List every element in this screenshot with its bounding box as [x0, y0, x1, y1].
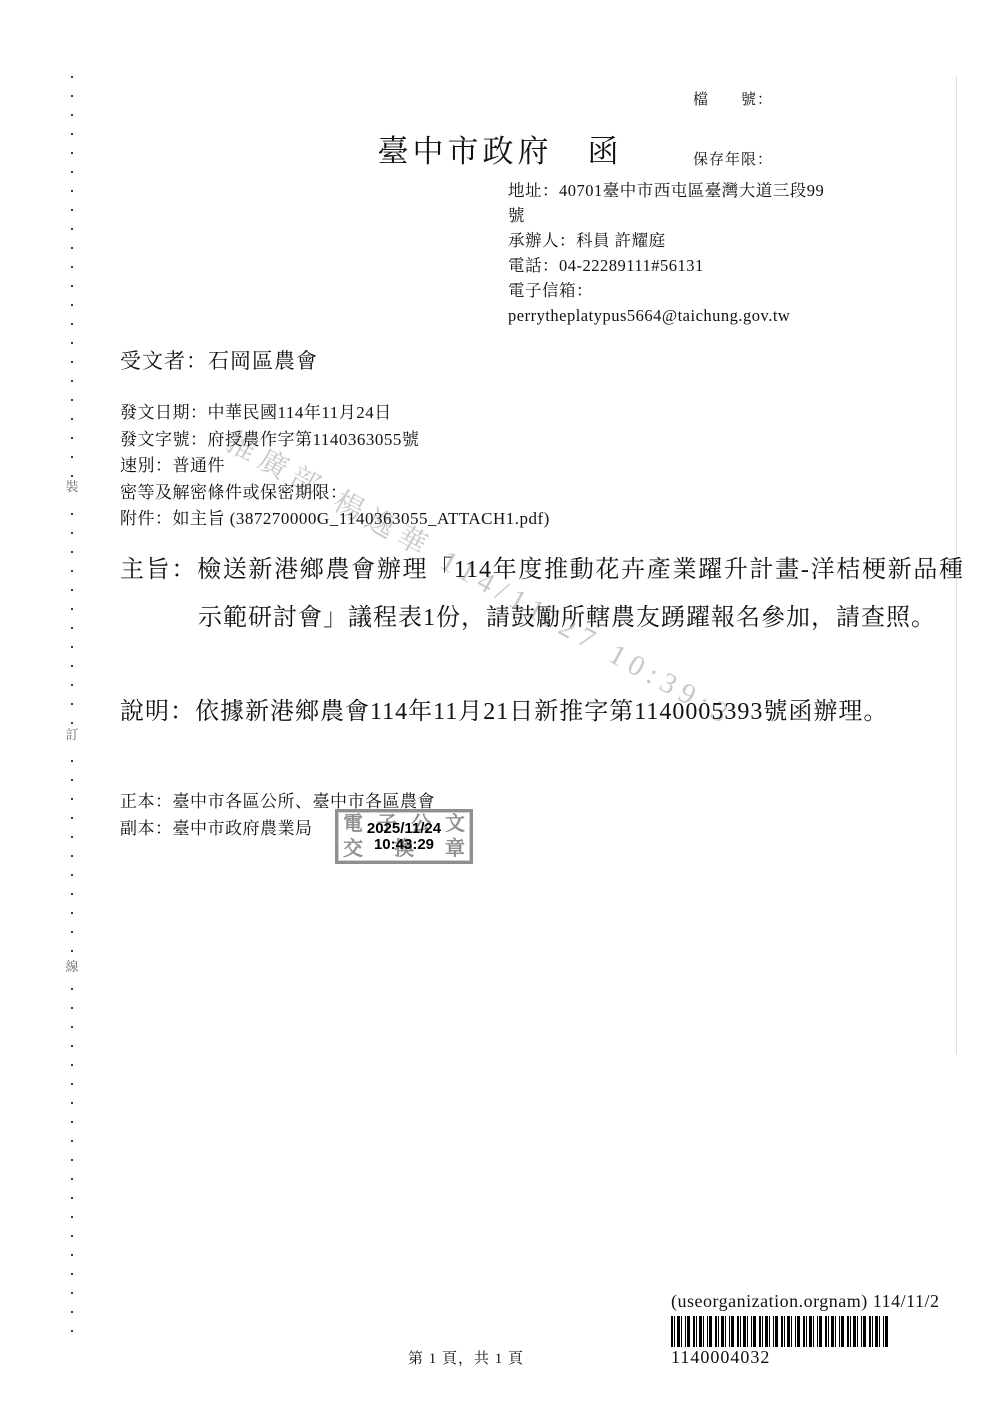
issue-number: 發文字號：府授農作字第1140363055號: [120, 427, 550, 454]
barcode: [671, 1316, 889, 1347]
sender-contact: 承辦人：科員 許耀庭: [508, 228, 908, 253]
stamp-datetime: 2025/11/24 10:43:29: [338, 812, 470, 861]
stamp-date: 2025/11/24: [367, 821, 441, 837]
subject-label: 主旨：: [120, 557, 197, 583]
binding-mark-ding: 訂: [63, 725, 81, 745]
page-number-info: 第 1 頁，共 1 頁: [408, 1347, 524, 1368]
document-title: 臺中市政府 函: [0, 126, 1000, 171]
sender-email: perrytheplatypus5664@taichung.gov.tw: [508, 303, 908, 328]
stamp-time: 10:43:29: [374, 837, 434, 853]
sender-address-line2: 號: [508, 203, 908, 228]
sender-email-label: 電子信箱：: [508, 278, 908, 303]
subject-text: 檢送新港鄉農會辦理「114年度推動花卉產業躍升計畫-洋桔梗新品種示範研討會」議程…: [197, 557, 964, 631]
description-text: 依據新港鄉農會114年11月21日新推字第1140005393號函辦理。: [195, 699, 888, 725]
barcode-value: 1140004032: [671, 1347, 770, 1368]
electronic-exchange-stamp: 電子公文 交換章 2025/11/24 10:43:29: [335, 809, 473, 864]
binding-dotted-line: [71, 76, 73, 1340]
speed-class: 速別：普通件: [120, 453, 550, 480]
document-page: 推廣部 楊逸華 114/11/27 10:39:3 裝 訂 線 檔 號： 保存年…: [0, 0, 1000, 1415]
sender-phone: 電話：04-22289111#56131: [508, 253, 908, 278]
attachment-line: 附件：如主旨 (387270000G_1140363055_ATTACH1.pd…: [120, 506, 550, 533]
binding-mark-xian: 線: [63, 957, 81, 977]
sender-info-block: 地址：40701臺中市西屯區臺灣大道三段99 號 承辦人：科員 許耀庭 電話：0…: [508, 178, 908, 328]
issue-date: 發文日期：中華民國114年11月24日: [120, 400, 550, 427]
security-class: 密等及解密條件或保密期限：: [120, 480, 550, 507]
file-number-label: 檔 號：: [693, 90, 773, 110]
org-name-line: (useorganization.orgnam) 114/11/2: [671, 1291, 939, 1312]
description-paragraph: 說明：依據新港鄉農會114年11月21日新推字第1140005393號函辦理。: [120, 688, 964, 736]
sender-address-line1: 地址：40701臺中市西屯區臺灣大道三段99: [508, 178, 908, 203]
description-label: 說明：: [120, 699, 195, 725]
document-meta-block: 發文日期：中華民國114年11月24日 發文字號：府授農作字第114036305…: [120, 400, 550, 533]
recipient-line: 受文者：石岡區農會: [120, 345, 318, 375]
subject-paragraph: 主旨：檢送新港鄉農會辦理「114年度推動花卉產業躍升計畫-洋桔梗新品種示範研討會…: [120, 546, 964, 642]
binding-mark-zhuang: 裝: [63, 477, 81, 497]
